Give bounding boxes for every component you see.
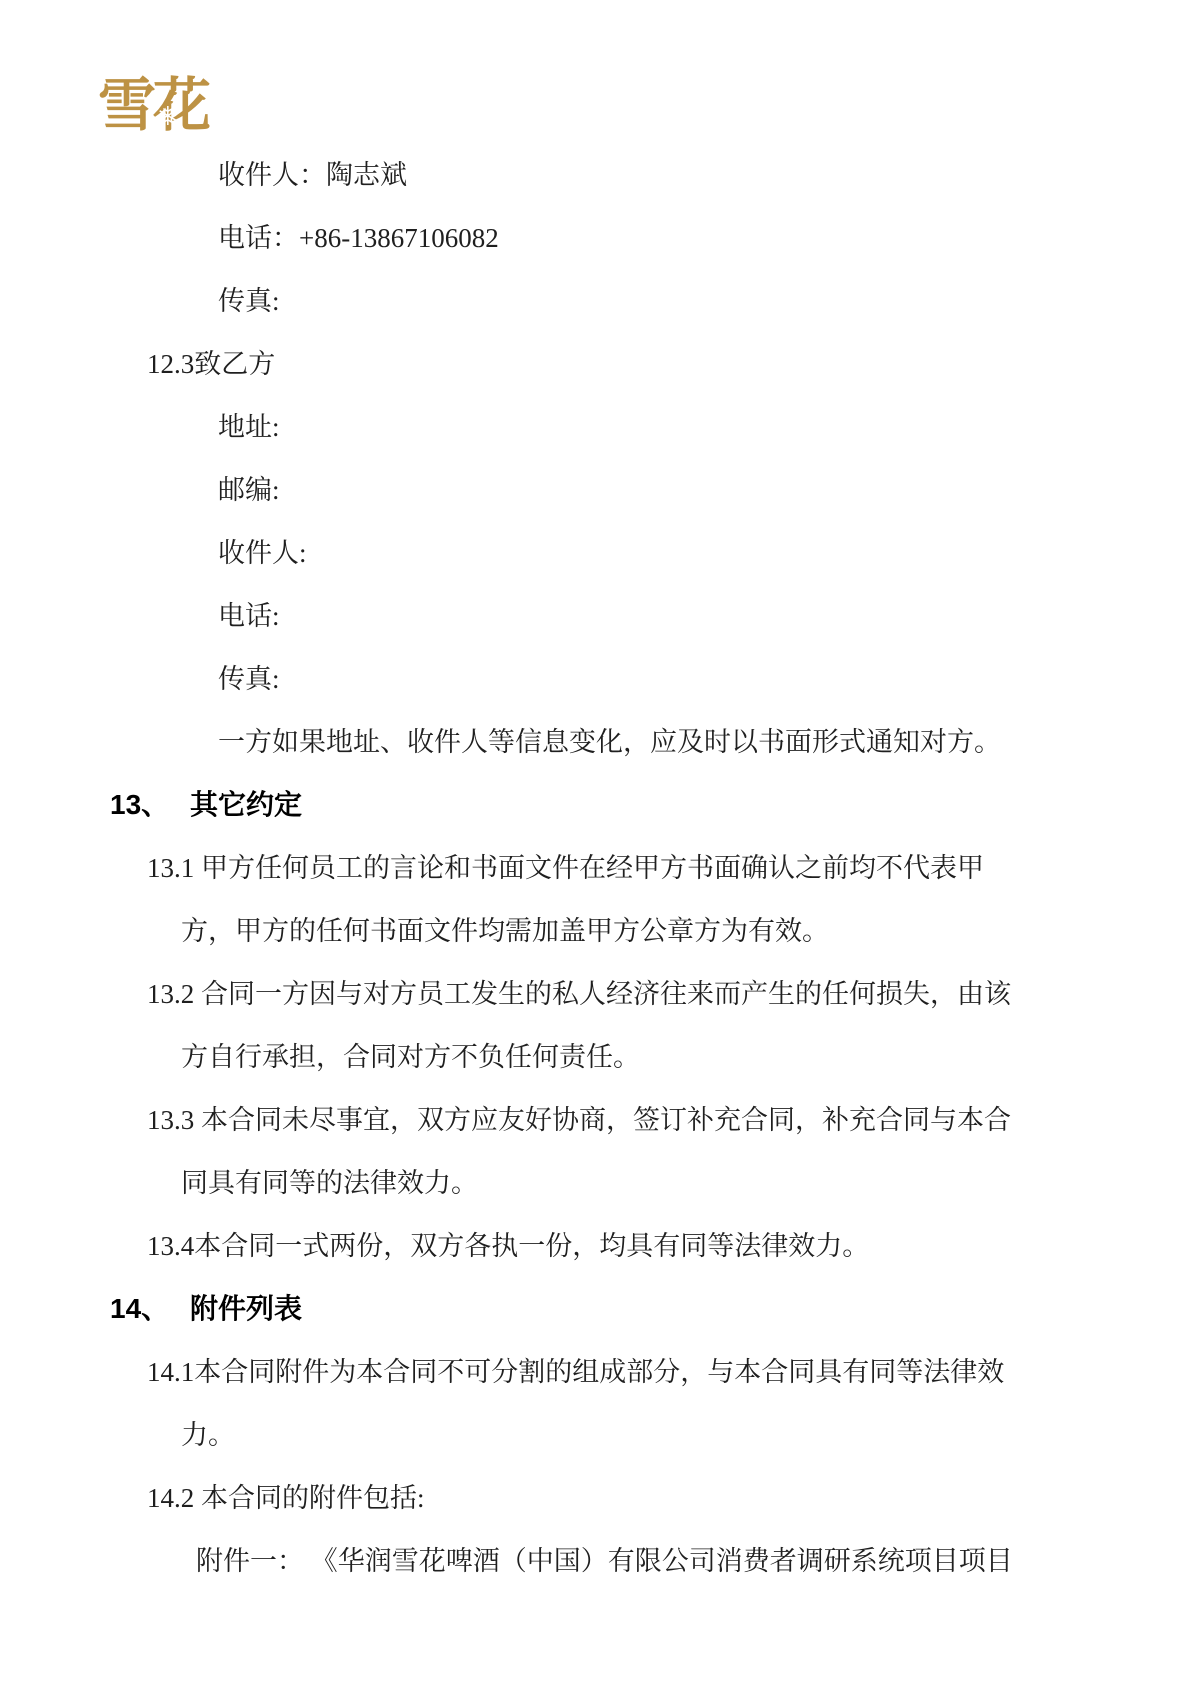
contact-field-line: 收件人: <box>0 536 1200 570</box>
snow-logo: 雪花❅ <box>98 74 208 138</box>
logo-char-xue: 雪 <box>98 74 153 138</box>
document-body: 收件人：陶志斌电话：+86-13867106082传真:12.3致乙方地址:邮编… <box>0 158 1200 1607</box>
clause-line: 13.1 甲方任何员工的言论和书面文件在经甲方书面确认之前均不代表甲 <box>0 851 1200 885</box>
section-title: 附件列表 <box>190 1292 302 1326</box>
attachment-line: 附件一： 《华润雪花啤酒（中国）有限公司消费者调研系统项目项目 <box>0 1544 1200 1578</box>
clause-line: 13.4本合同一式两份，双方各执一份，均具有同等法律效力。 <box>0 1229 1200 1263</box>
section-heading: 14、附件列表 <box>0 1292 1200 1326</box>
contact-field-line: 地址: <box>0 410 1200 444</box>
contact-field-line: 邮编: <box>0 473 1200 507</box>
section-number: 14、 <box>110 1292 190 1326</box>
clause-continuation-line: 力。 <box>0 1418 1200 1452</box>
contact-field-line: 传真: <box>0 284 1200 318</box>
contact-field-line: 收件人：陶志斌 <box>0 158 1200 192</box>
contract-page: 雪花❅ 收件人：陶志斌电话：+86-13867106082传真:12.3致乙方地… <box>0 0 1200 1698</box>
contact-field-line: 电话: <box>0 599 1200 633</box>
clause-line: 14.2 本合同的附件包括: <box>0 1481 1200 1515</box>
section-title: 其它约定 <box>190 788 302 822</box>
clause-line: 12.3致乙方 <box>0 347 1200 381</box>
snowflake-icon: ❅ <box>157 104 179 130</box>
logo-char-hua: 花❅ <box>153 74 208 138</box>
section-heading: 13、其它约定 <box>0 788 1200 822</box>
clause-line: 14.1本合同附件为本合同不可分割的组成部分，与本合同具有同等法律效 <box>0 1355 1200 1389</box>
contact-field-line: 传真: <box>0 662 1200 696</box>
clause-continuation-line: 方自行承担，合同对方不负任何责任。 <box>0 1040 1200 1074</box>
notice-sentence: 一方如果地址、收件人等信息变化，应及时以书面形式通知对方。 <box>0 725 1200 759</box>
clause-line: 13.2 合同一方因与对方员工发生的私人经济往来而产生的任何损失，由该 <box>0 977 1200 1011</box>
clause-continuation-line: 方，甲方的任何书面文件均需加盖甲方公章方为有效。 <box>0 914 1200 948</box>
contact-field-line: 电话：+86-13867106082 <box>0 221 1200 255</box>
section-number: 13、 <box>110 788 190 822</box>
clause-line: 13.3 本合同未尽事宜，双方应友好协商，签订补充合同，补充合同与本合 <box>0 1103 1200 1137</box>
clause-continuation-line: 同具有同等的法律效力。 <box>0 1166 1200 1200</box>
